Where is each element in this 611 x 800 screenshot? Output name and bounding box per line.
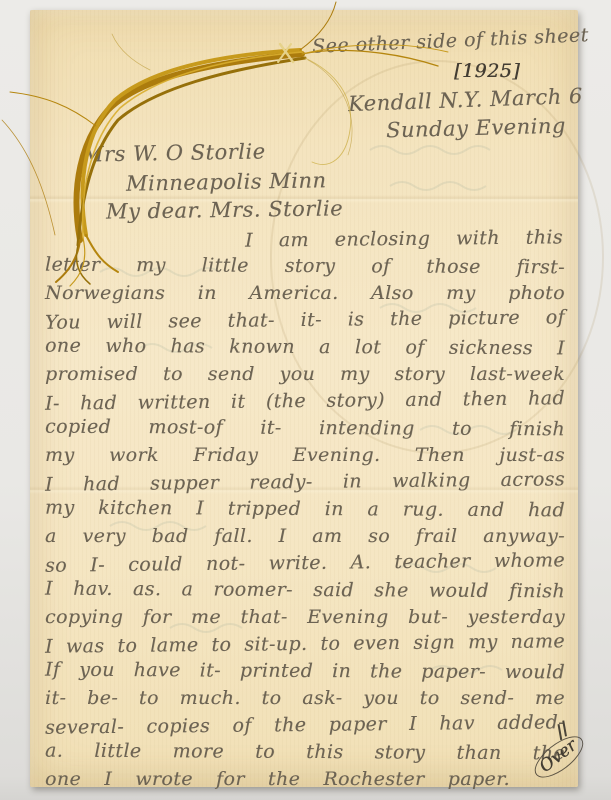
- letter-line-7: I- had written it (the story) and then h…: [45, 387, 565, 414]
- letter-line-12: a very bad fall. I am so frail anyway-: [45, 525, 565, 547]
- letter-sheet: See other side of this sheet [1925] Kend…: [30, 10, 578, 787]
- letter-line-6: promised to send you my story last-week: [45, 363, 565, 385]
- recipient-name: Mrs W. O Storlie: [82, 139, 266, 166]
- top-note: See other side of this sheet: [312, 24, 590, 58]
- letter-line-10: I had supper ready- in walking across: [45, 468, 565, 495]
- scan-background: See other side of this sheet [1925] Kend…: [0, 0, 611, 800]
- letter-line-14: I hav. as. a roomer- said she would fini…: [45, 578, 565, 603]
- over-annotation: Over: [528, 729, 590, 785]
- letter-line-1: I am enclosing with this: [245, 226, 563, 251]
- letter-line-11: my kitchen I tripped in a rug. and had: [45, 497, 565, 522]
- salutation: My dear. Mrs. Storlie: [106, 196, 343, 223]
- letter-line-15: copying for me that- Evening but- yester…: [45, 606, 565, 628]
- recipient-city: Minneapolis Minn: [126, 168, 327, 195]
- letter-line-3: Norwegians in America. Also my photo: [45, 282, 565, 304]
- letter-line-21: one I wrote for the Rochester paper.: [45, 768, 510, 790]
- letter-line-18: it- be- to much. to ask- you to send- me: [45, 687, 565, 709]
- year-annotation: [1925]: [454, 60, 520, 82]
- letter-line-9: my work Friday Evening. Then just-as: [45, 444, 565, 466]
- dateline-day: Sunday Evening: [386, 114, 566, 143]
- letter-line-16: I was to lame to sit-up. to even sign my…: [45, 630, 565, 657]
- letter-line-17: If you have it- printed in the paper- wo…: [45, 659, 565, 684]
- letter-line-5: one who has known a lot of sickness I: [45, 335, 565, 360]
- letter-line-20: a. little more to this story than the: [45, 740, 565, 765]
- letter-line-8: copied most-of it- intending to finish: [45, 416, 565, 441]
- letter-line-4: You will see that- it- is the picture of: [45, 306, 565, 333]
- letter-line-2: letter my little story of those first-: [45, 254, 565, 279]
- letter-line-19: several- copies of the paper I hav added…: [45, 711, 565, 738]
- letter-line-13: so I- could not- write. A. teacher whome: [45, 549, 565, 576]
- dateline-place: Kendall N.Y. March 6: [348, 84, 583, 116]
